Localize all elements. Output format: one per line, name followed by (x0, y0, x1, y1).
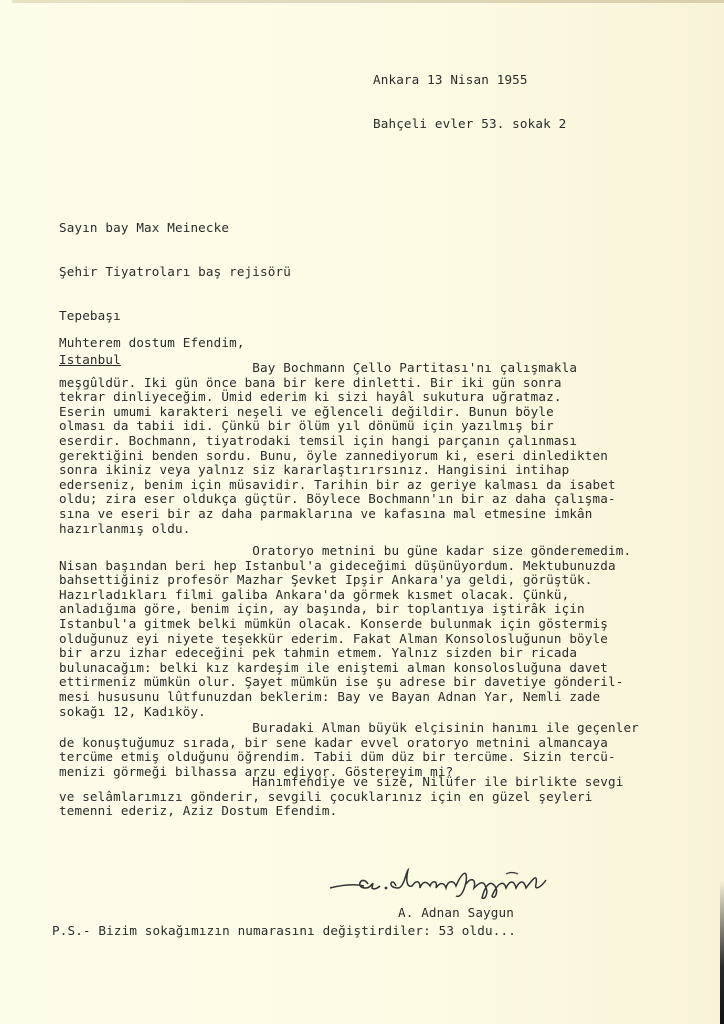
recipient-line: Sayın bay Max Meinecke (59, 221, 291, 236)
text-line: meşgûldür. Iki gün önce bana bir kere di… (59, 376, 616, 391)
paragraph-3: Buradaki Alman büyük elçisinin hanımı il… (59, 721, 639, 779)
text-line: gerektiğini benden sordu. Bunu, öyle zan… (59, 449, 616, 464)
letter-page: Ankara 13 Nisan 1955 Bahçeli evler 53. s… (0, 0, 724, 1024)
text-line: Nisan başından beri hep Istanbul'a gidec… (59, 559, 631, 574)
salutation: Muhterem dostum Efendim, (59, 336, 245, 351)
text-line: Hazırladıkları filmi galiba Ankara'da gö… (59, 588, 631, 603)
text-line: tercüme etmiş olduğunu öğrendim. Tabii d… (59, 750, 639, 765)
text-line: bahsettiğiniz profesör Mazhar Şevket Ipş… (59, 573, 631, 588)
paragraph-4: Hanımfendiye ve size, Nilüfer ile birlik… (59, 775, 623, 819)
text-line: eserdir. Bochmann, tiyatrodaki temsil iç… (59, 434, 616, 449)
postscript: P.S.- Bizim sokağımızın numarasını değiş… (52, 924, 516, 939)
text-line: sokağı 12, Kadıköy. (59, 705, 631, 720)
typed-signature-name: A. Adnan Saygun (398, 906, 514, 921)
sender-header: Ankara 13 Nisan 1955 Bahçeli evler 53. s… (373, 44, 566, 161)
text-line: Oratoryo metnini bu güne kadar size gönd… (59, 544, 631, 559)
text-line: ederseniz, benim için müsavidir. Tarihin… (59, 478, 616, 493)
text-line: mesi hususunu lûtfunuzdan beklerim: Bay … (59, 690, 631, 705)
text-line: Hanımfendiye ve size, Nilüfer ile birlik… (59, 775, 623, 790)
date-line: Ankara 13 Nisan 1955 (373, 73, 566, 88)
text-line: anladığıma göre, benim için, ay başında,… (59, 602, 631, 617)
paragraph-2: Oratoryo metnini bu güne kadar size gönd… (59, 544, 631, 719)
paragraph-1: Bay Bochmann Çello Partitası'nı çalışmak… (59, 361, 616, 536)
recipient-line: Tepebaşı (59, 309, 291, 324)
text-line: bir arzu izhar edeceğini pek tahmin etme… (59, 646, 631, 661)
text-line: de konuştuğumuz sırada, bir sene kadar e… (59, 736, 639, 751)
handwritten-signature (326, 862, 576, 902)
text-line: sına ve eseri bir az daha parmaklarına v… (59, 507, 616, 522)
text-line: Buradaki Alman büyük elçisinin hanımı il… (59, 721, 639, 736)
text-line: olduğunuz eyi niyete teşekkür ederim. Fa… (59, 632, 631, 647)
text-line: temenni ederiz, Aziz Dostum Efendim. (59, 804, 623, 819)
text-line: Istanbul'a gitmek belki mümkün olacak. K… (59, 617, 631, 632)
text-line: bulunacağım: belki kız kardeşim ile eniş… (59, 661, 631, 676)
paper-top-edge (12, 0, 724, 3)
text-line: Bay Bochmann Çello Partitası'nı çalışmak… (59, 361, 616, 376)
paper-right-edge-shadow (720, 880, 724, 1024)
text-line: tekrar dinliyeceğim. Ümid ederim ki sizi… (59, 390, 616, 405)
recipient-line: Şehir Tiyatroları baş rejisörü (59, 265, 291, 280)
sender-address-line: Bahçeli evler 53. sokak 2 (373, 117, 566, 132)
text-line: ettirmeniz mümkün olur. Şayet mümkün ise… (59, 675, 631, 690)
text-line: oldu; zira eser oldukça güçtür. Böylece … (59, 492, 616, 507)
text-line: olması da tabii idi. Çünkü bir ölüm yıl … (59, 419, 616, 434)
text-line: ve selâmlarımızı gönderir, sevgili çocuk… (59, 790, 623, 805)
text-line: hazırlanmış oldu. (59, 522, 616, 537)
text-line: sonra ikiniz veya yalnız siz kararlaştır… (59, 463, 616, 478)
text-line: Eserin umumi karakteri neşeli ve eğlence… (59, 405, 616, 420)
signature-scribble-icon (326, 862, 576, 902)
